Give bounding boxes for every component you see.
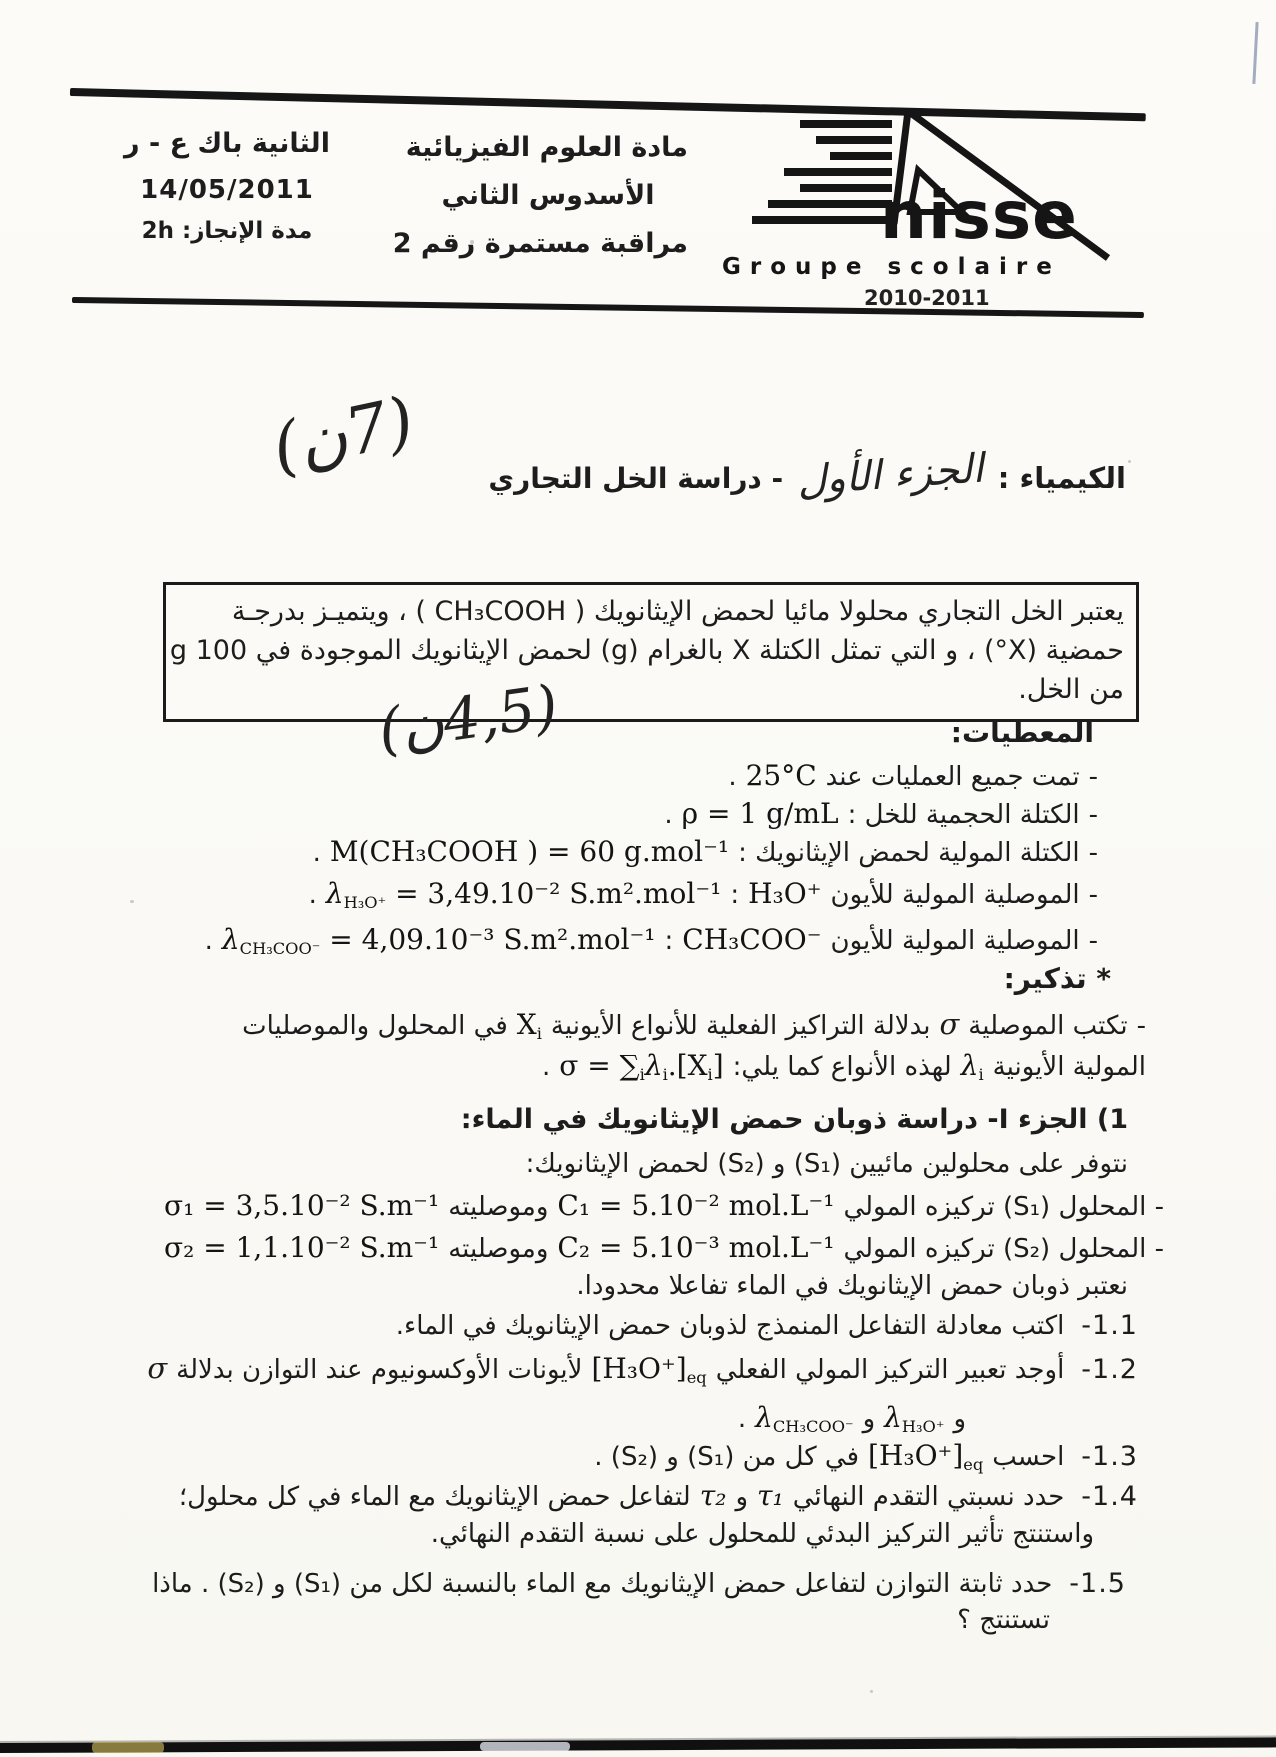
handwritten-mark-7pts: (7ن)	[266, 382, 421, 487]
question-1-3: 1.3- احسب [H₃O⁺]eq في كل من (S₁) و (S₂) …	[594, 1438, 1138, 1475]
lambda-ch3coo-symbol: λCH₃COO⁻	[755, 1400, 853, 1437]
colon: :	[730, 879, 739, 913]
reminder-line-2: المولية الأيونية λi لهذه الأنواع كما يلي…	[542, 1048, 1146, 1085]
pen-mark	[1252, 22, 1258, 84]
h3o-ion: H₃O⁺	[748, 876, 821, 912]
lambda-subscript: CH₃COO⁻	[773, 1417, 854, 1436]
bullet-dash: -	[1089, 837, 1098, 871]
and-word: و	[953, 1403, 966, 1437]
solution-1-line: - المحلول (S₁) تركيزه المولي C₁ = 5.10⁻²…	[164, 1188, 1164, 1225]
question-1-4-line-2: واستنتج تأثير التركيز البدئي للمحلول على…	[431, 1518, 1094, 1552]
i-subscript: i	[537, 1024, 542, 1043]
bottom-scan-edge	[0, 1737, 1276, 1753]
class-level: الثانية باك ع - ر	[112, 128, 342, 159]
question-text: لأيونات الأوكسونيوم عند التوازن بدلالة	[176, 1354, 582, 1388]
sigma-symbol: σ	[939, 1006, 959, 1044]
given-text: الموصلية المولية للأيون	[830, 925, 1079, 959]
period: .	[664, 799, 672, 833]
c1-formula: C₁ = 5.10⁻² mol.L⁻¹	[557, 1188, 834, 1224]
bullet-dash: -	[1137, 1010, 1146, 1044]
scanned-exam-page: { "header": { "left": { "class_level": "…	[0, 0, 1276, 1757]
question-text: حدد ثابتة التوازن لتفاعل حمض الإيثانويك …	[152, 1568, 1052, 1602]
sigma-symbol: σ	[147, 1350, 167, 1388]
light-smudge	[480, 1742, 570, 1751]
question-number: 1.3-	[1081, 1439, 1138, 1474]
logo-name-text: nisse	[880, 177, 1078, 254]
period: .	[738, 1403, 746, 1437]
molar-mass-formula: M(CH₃COOH ) = 60 g.mol⁻¹	[330, 834, 729, 870]
reminder-text: لهذه الأنواع كما يلي:	[733, 1051, 952, 1085]
solution-2-line: - المحلول (S₂) تركيزه المولي C₂ = 5.10⁻³…	[164, 1230, 1164, 1267]
given-text: تمت جميع العمليات عند	[826, 761, 1080, 795]
question-text: احسب	[992, 1441, 1064, 1475]
part1-intro: نتوفر على محلولين مائيين (S₁) و (S₂) لحم…	[526, 1148, 1128, 1182]
sigma2-formula: σ₂ = 1,1.10⁻² S.m⁻¹	[164, 1230, 439, 1266]
lambda-subscript: CH₃COO⁻	[240, 939, 321, 958]
question-text: لتفاعل حمض الإيثانويك مع الماء في كل محل…	[179, 1481, 691, 1515]
solution-2-text: - المحلول (S₂) تركيزه المولي	[843, 1233, 1164, 1267]
yellow-smudge	[92, 1742, 164, 1753]
and-word: و	[735, 1481, 748, 1515]
lambda-symbol: λ	[884, 1401, 902, 1434]
period: .	[309, 879, 317, 913]
school-years: 2010-2011	[864, 286, 990, 310]
h3o-bracket: [H₃O⁺]	[591, 1352, 686, 1385]
question-1-5-line-1: 1.5- حدد ثابتة التوازن لتفاعل حمض الإيثا…	[152, 1566, 1126, 1602]
intro-box-line-1: يعتبر الخل التجاري محلولا مائيا لحمض الإ…	[178, 592, 1124, 631]
subject-title: مادة العلوم الفيزيائية	[408, 132, 688, 163]
given-item-conductivity-h3o: - الموصلية المولية للأيون H₃O⁺ : λH₃O⁺ =…	[309, 876, 1098, 913]
scan-speck	[130, 900, 134, 903]
reminder-heading: * تذكير:	[1004, 962, 1111, 995]
lambda-symbol: λ	[755, 1401, 773, 1434]
bullet-dash: -	[1089, 925, 1098, 959]
given-text: الكتلة الحجمية للخل :	[848, 799, 1080, 833]
question-text: حدد نسبتي التقدم النهائي	[793, 1481, 1065, 1515]
intro-text: نتوفر على محلولين مائيين (S₁) و (S₂) لحم…	[526, 1148, 1128, 1182]
solution-1-text: - المحلول (S₁) تركيزه المولي	[843, 1191, 1164, 1225]
solution-1-text: وموصليته	[448, 1191, 548, 1225]
chemistry-label: الكيمياء :	[998, 461, 1126, 495]
question-number: 1.2-	[1081, 1352, 1138, 1387]
bracket-close: ]	[713, 1049, 724, 1082]
note-text: نعتبر ذوبان حمض الإيثانويك في الماء تفاع…	[576, 1270, 1128, 1304]
header-center-block: مادة العلوم الفيزيائية الأسدوس الثاني مر…	[408, 132, 688, 276]
period: .	[728, 761, 736, 795]
given-item-conductivity-ch3coo: - الموصلية المولية للأيون CH₃COO⁻ : λCH₃…	[205, 922, 1098, 959]
question-text: تستنتج ؟	[957, 1604, 1050, 1638]
and-word: و	[863, 1403, 876, 1437]
solution-2-text: وموصليته	[448, 1233, 548, 1267]
question-text: اكتب معادلة التفاعل المنمذج لذوبان حمض ا…	[396, 1310, 1065, 1344]
lambda-symbol: λ	[961, 1049, 979, 1082]
question-number: 1.5-	[1069, 1566, 1126, 1601]
logo-bars	[752, 120, 892, 224]
exam-number-label: مراقبة مستمرة رقم 2	[408, 228, 688, 259]
exam-date: 14/05/2011	[112, 175, 342, 205]
period: .	[205, 925, 213, 959]
tau2-symbol: τ₂	[700, 1478, 727, 1514]
logo-graphic: nisse Groupe scolaire	[712, 106, 1120, 284]
lambda-symbol: λ	[326, 877, 344, 910]
bullet-dash: -	[1089, 799, 1098, 833]
i-subscript: i	[978, 1065, 983, 1084]
c2-formula: C₂ = 5.10⁻³ mol.L⁻¹	[557, 1230, 834, 1266]
lambda-h3o-symbol: λH₃O⁺	[884, 1400, 944, 1437]
given-text: الكتلة المولية لحمض الإيثانويك :	[738, 837, 1080, 871]
tau1-symbol: τ₁	[757, 1478, 784, 1514]
lambda-h3o-formula: λH₃O⁺ = 3,49.10⁻² S.m².mol⁻¹	[326, 876, 721, 913]
scan-speck	[870, 1690, 873, 1693]
reminder-text: بدلالة التراكيز الفعلية للأنواع الأيونية	[551, 1010, 931, 1044]
question-1-4-line-1: 1.4- حدد نسبتي التقدم النهائي τ₁ و τ₂ لت…	[179, 1478, 1138, 1515]
x-symbol: X	[517, 1008, 537, 1041]
chemistry-title-row: الكيمياء : الجزء الأول - دراسة الخل التج…	[488, 452, 1126, 498]
bullet-dash: -	[1089, 761, 1098, 795]
limited-reaction-note: نعتبر ذوبان حمض الإيثانويك في الماء تفاع…	[576, 1270, 1128, 1304]
intro-box-line-3: من الخل.	[178, 670, 1124, 709]
given-item-molar-mass: - الكتلة المولية لحمض الإيثانويك : M(CH₃…	[313, 834, 1098, 871]
lambda-h3o-value: = 3,49.10⁻² S.m².mol⁻¹	[395, 877, 721, 910]
question-1-5-line-2: تستنتج ؟	[957, 1604, 1050, 1638]
reminder-text: تكتب الموصلية	[968, 1010, 1127, 1044]
chemistry-title: - دراسة الخل التجاري	[488, 462, 783, 495]
h3o-eq-concentration: [H₃O⁺]eq	[868, 1438, 983, 1475]
question-text: واستنتج تأثير التركيز البدئي للمحلول على…	[431, 1518, 1094, 1552]
given-item-temperature: - تمت جميع العمليات عند 25°C .	[728, 758, 1098, 795]
reminder-line-1: - تكتب الموصلية σ بدلالة التراكيز الفعلي…	[242, 1006, 1146, 1044]
logo-tagline: Groupe scolaire	[722, 254, 1061, 280]
question-number: 1.1-	[1081, 1308, 1138, 1343]
ch3coo-ion: CH₃COO⁻	[682, 922, 821, 958]
question-text: في كل من (S₁) و (S₂) .	[594, 1441, 859, 1475]
semester-label: الأسدوس الثاني	[408, 180, 688, 211]
xi-symbol: Xi	[517, 1007, 542, 1044]
h3o-bracket: [H₃O⁺]	[868, 1439, 963, 1472]
handwritten-part-label: الجزء الأول	[796, 446, 985, 505]
sigma-sum-formula: σ = ∑iλi.[Xi]	[559, 1048, 723, 1085]
bullet-dash: -	[1089, 879, 1098, 913]
lambda-symbol: λ	[222, 923, 240, 956]
lambda-subscript: H₃O⁺	[344, 893, 387, 912]
bracket-x: .[X	[668, 1049, 708, 1082]
given-text: الموصلية المولية للأيون	[830, 879, 1079, 913]
reminder-text: في المحلول والموصليات	[242, 1010, 508, 1044]
lambda-i-symbol: λi	[961, 1048, 984, 1085]
period: .	[313, 837, 321, 871]
question-number: 1.4-	[1081, 1479, 1138, 1514]
period: .	[542, 1051, 550, 1085]
question-1-2-line-1: 1.2- أوجد تعبير التركيز المولي الفعلي [H…	[147, 1350, 1138, 1388]
question-1-1: 1.1- اكتب معادلة التفاعل المنمذج لذوبان …	[396, 1308, 1138, 1344]
school-logo: nisse Groupe scolaire	[712, 106, 1120, 284]
question-text: أوجد تعبير التركيز المولي الفعلي	[716, 1354, 1065, 1388]
lambda-ch3coo-formula: λCH₃COO⁻ = 4,09.10⁻³ S.m².mol⁻¹	[222, 922, 656, 959]
eq-subscript: eq	[687, 1368, 707, 1387]
header-left-block: الثانية باك ع - ر 14/05/2011 مدة الإنجاز…	[112, 128, 342, 244]
temperature-value: 25°C	[746, 758, 817, 794]
given-item-density: - الكتلة الحجمية للخل : ρ = 1 g/mL .	[664, 796, 1098, 833]
sigma-equals-sum: σ = ∑	[559, 1049, 639, 1082]
givens-heading: المعطيات:	[951, 716, 1094, 749]
reminder-text: المولية الأيونية	[993, 1051, 1146, 1085]
intro-box: يعتبر الخل التجاري محلولا مائيا لحمض الإ…	[163, 582, 1139, 722]
sigma1-formula: σ₁ = 3,5.10⁻² S.m⁻¹	[164, 1188, 439, 1224]
scan-speck	[1128, 460, 1131, 463]
intro-box-line-2: حمضية (X°) ، و التي تمثل الكتلة X بالغرا…	[178, 631, 1124, 670]
colon: :	[665, 925, 674, 959]
exam-duration: مدة الإنجاز: 2h	[112, 218, 342, 244]
lambda-symbol: λ	[645, 1049, 663, 1082]
lambda-ch3coo-value: = 4,09.10⁻³ S.m².mol⁻¹	[329, 923, 655, 956]
h3o-eq-concentration: [H₃O⁺]eq	[591, 1351, 706, 1388]
density-formula: ρ = 1 g/mL	[682, 796, 839, 832]
lambda-subscript: H₃O⁺	[902, 1417, 945, 1436]
scan-speck	[470, 240, 474, 244]
part1-heading: 1) الجزء I- دراسة ذوبان حمض الإيثانويك ف…	[461, 1104, 1128, 1135]
question-1-2-line-2: و λH₃O⁺ و λCH₃COO⁻ .	[738, 1400, 966, 1437]
eq-subscript: eq	[963, 1455, 983, 1474]
